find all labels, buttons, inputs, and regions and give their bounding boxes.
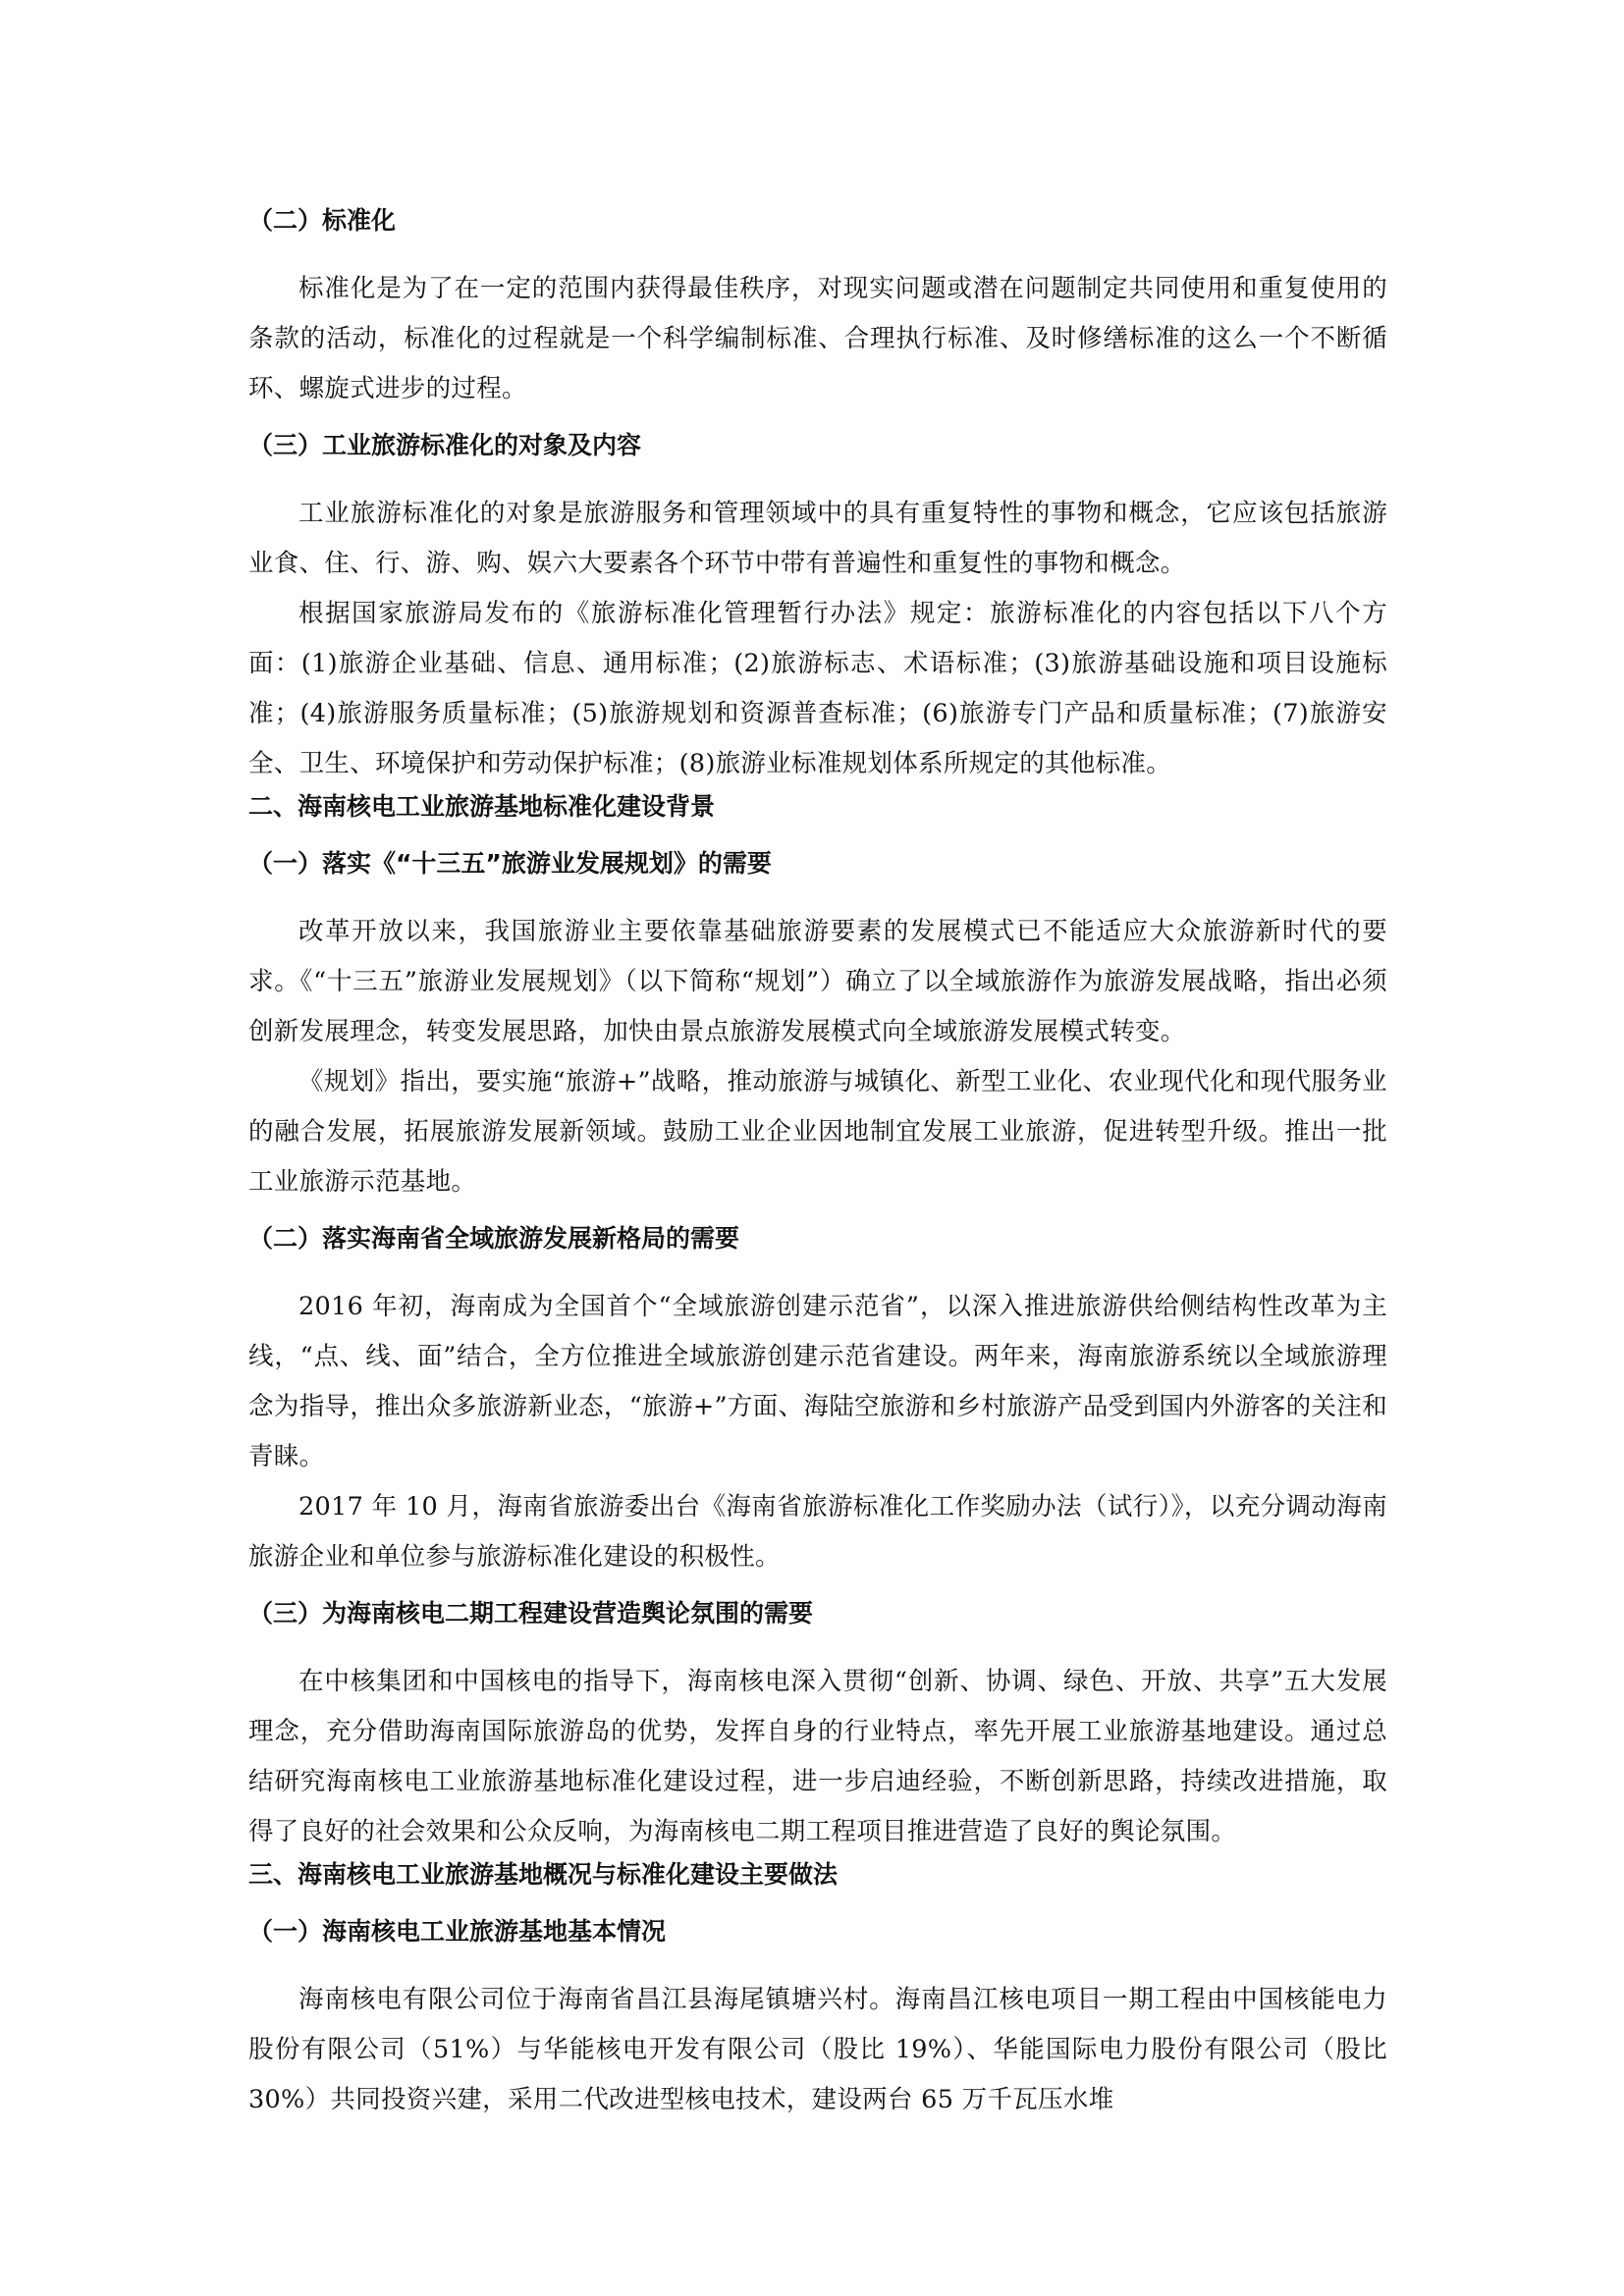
section-heading-13th-five-year-plan: （一）落实《“十三五”旅游业发展规划》的需要 — [248, 844, 1387, 883]
section-heading-standardization: （二）标准化 — [248, 201, 1387, 240]
document-page: （二）标准化 标准化是为了在一定的范围内获得最佳秩序，对现实问题或潜在问题制定共… — [248, 201, 1387, 2125]
paragraph: 根据国家旅游局发布的《旅游标准化管理暂行办法》规定：旅游标准化的内容包括以下八个… — [248, 589, 1387, 789]
chapter-heading-background: 二、海南核电工业旅游基地标准化建设背景 — [248, 791, 1387, 823]
chapter-heading-overview-practices: 三、海南核电工业旅游基地概况与标准化建设主要做法 — [248, 1859, 1387, 1891]
section-heading-phase-two-public-opinion: （三）为海南核电二期工程建设营造舆论氛围的需要 — [248, 1594, 1387, 1633]
paragraph: 海南核电有限公司位于海南省昌江县海尾镇塘兴村。海南昌江核电项目一期工程由中国核能… — [248, 1975, 1387, 2125]
paragraph: 《规划》指出，要实施“旅游+”战略，推动旅游与城镇化、新型工业化、农业现代化和现… — [248, 1057, 1387, 1207]
section-heading-hainan-all-region-tourism: （二）落实海南省全域旅游发展新格局的需要 — [248, 1219, 1387, 1258]
paragraph: 2017 年 10 月，海南省旅游委出台《海南省旅游标准化工作奖励办法（试行）》… — [248, 1482, 1387, 1582]
paragraph: 2016 年初，海南成为全国首个“全域旅游创建示范省”，以深入推进旅游供给侧结构… — [248, 1282, 1387, 1482]
paragraph: 工业旅游标准化的对象是旅游服务和管理领域中的具有重复特性的事物和概念，它应该包括… — [248, 489, 1387, 589]
paragraph: 标准化是为了在一定的范围内获得最佳秩序，对现实问题或潜在问题制定共同使用和重复使… — [248, 264, 1387, 414]
paragraph: 在中核集团和中国核电的指导下，海南核电深入贯彻“创新、协调、绿色、开放、共享”五… — [248, 1657, 1387, 1857]
paragraph: 改革开放以来，我国旅游业主要依靠基础旅游要素的发展模式已不能适应大众旅游新时代的… — [248, 907, 1387, 1057]
section-heading-objects-content: （三）工业旅游标准化的对象及内容 — [248, 426, 1387, 465]
section-heading-base-overview: （一）海南核电工业旅游基地基本情况 — [248, 1912, 1387, 1951]
